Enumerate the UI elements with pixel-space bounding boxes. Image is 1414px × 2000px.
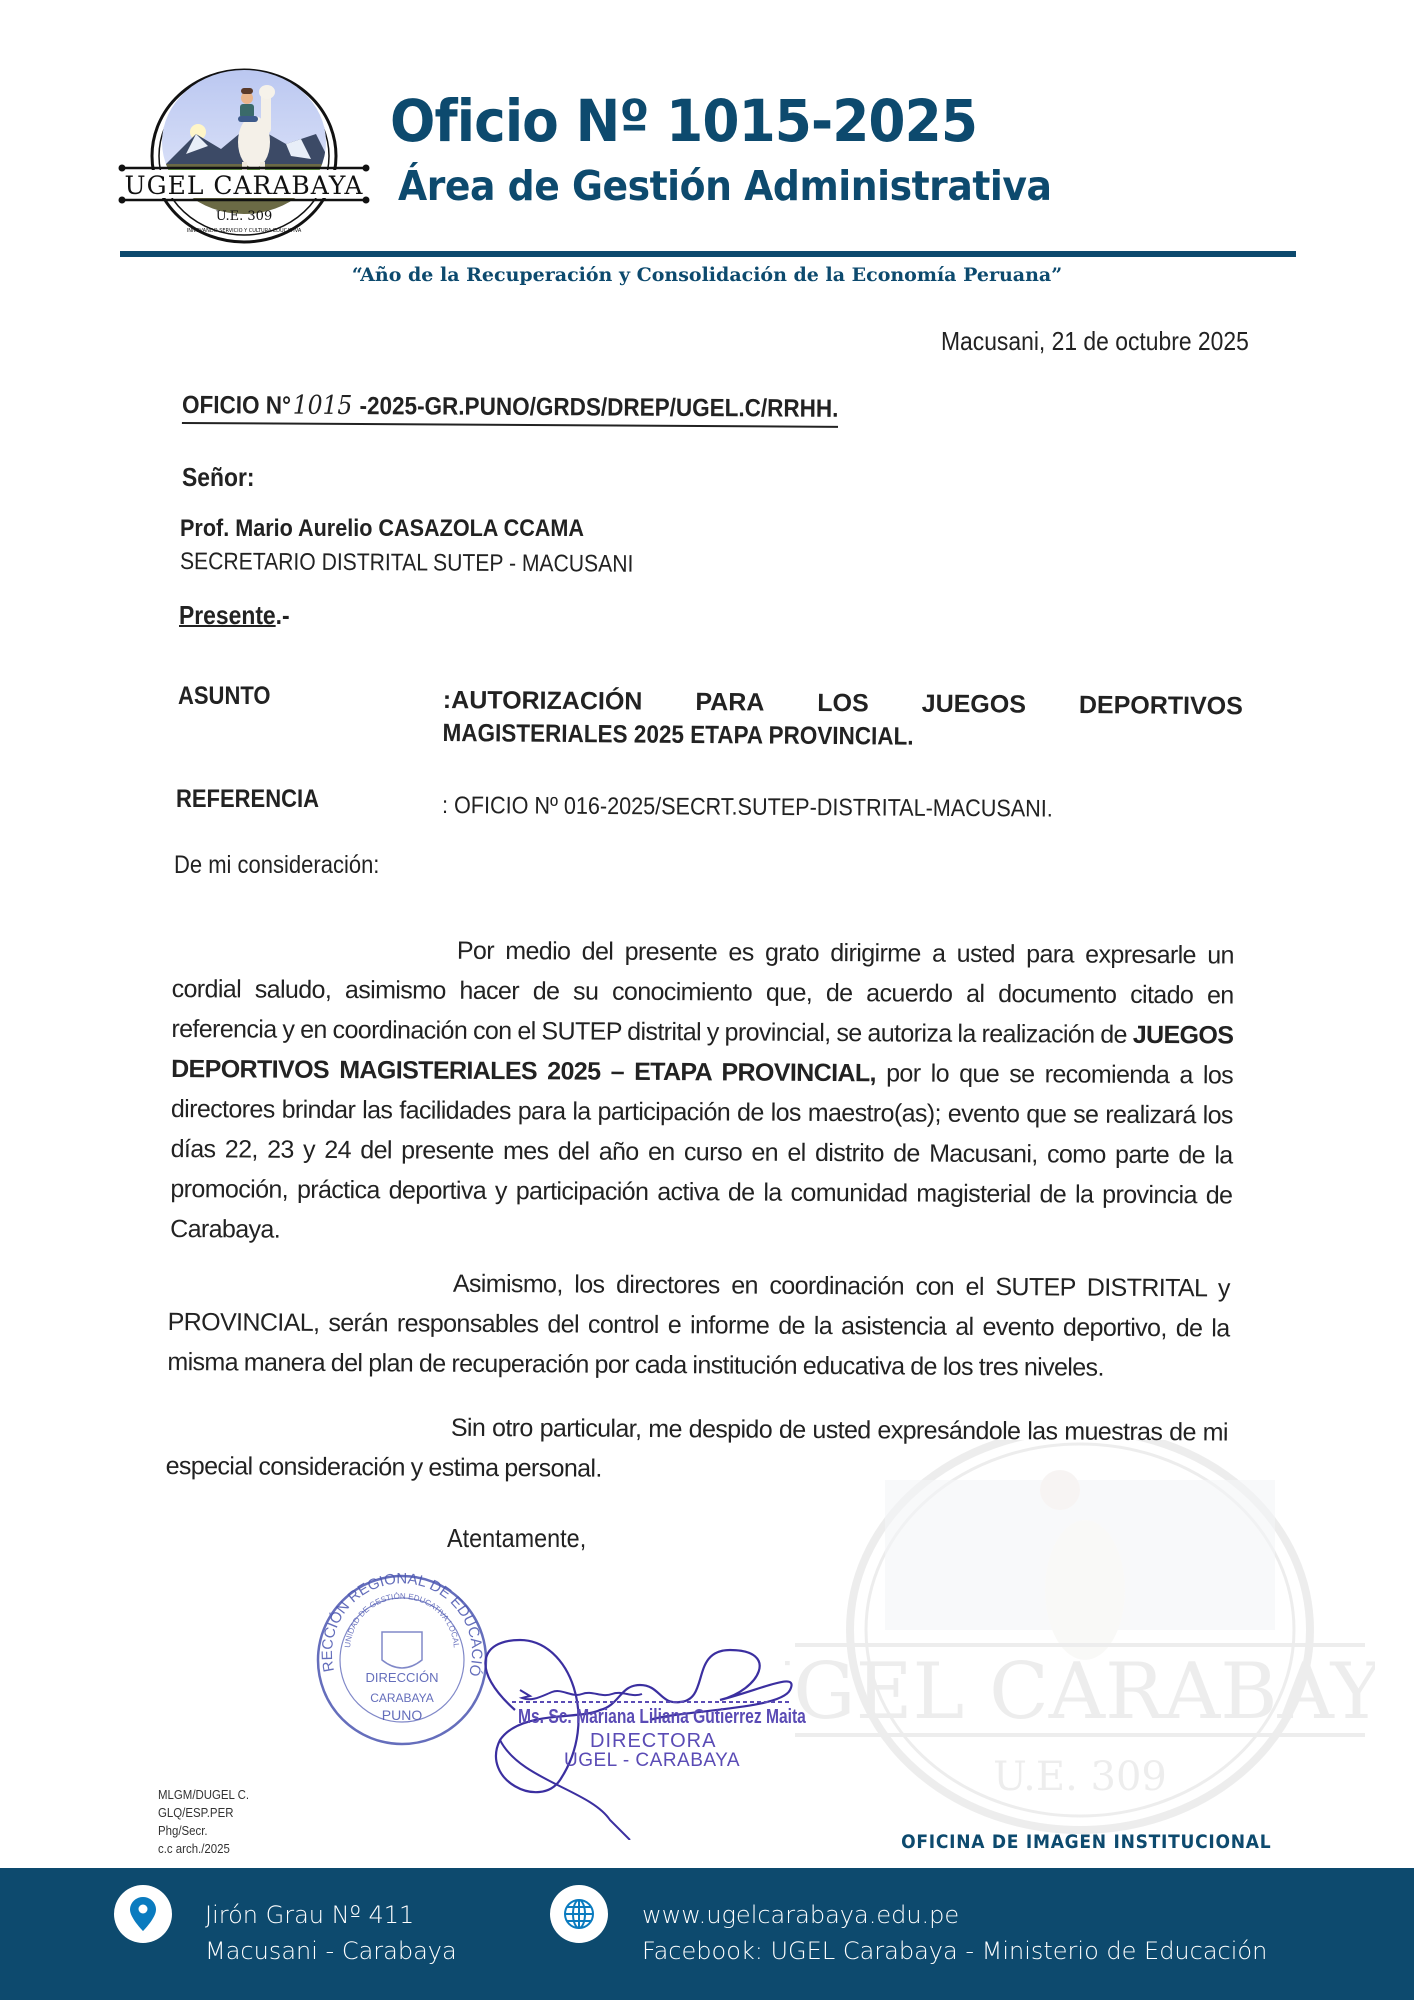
- body-paragraph-3: Sin otro particular, me despido de usted…: [166, 1406, 1228, 1492]
- oficio-prefix: OFICIO N°: [182, 391, 291, 420]
- globe-icon: [550, 1885, 608, 1943]
- asunto-line-2: MAGISTERIALES 2025 ETAPA PROVINCIAL.: [442, 717, 1162, 756]
- signatory-org: UGEL - CARABAYA: [564, 1750, 740, 1772]
- asunto-word: DEPORTIVOS: [1079, 689, 1243, 723]
- asunto-word: JUEGOS: [922, 688, 1026, 722]
- body-paragraph-1: Por medio del presente es grato dirigirm…: [170, 929, 1234, 1255]
- presente-label: Presente.-: [179, 600, 290, 631]
- recipient-name: Prof. Mario Aurelio CASAZOLA CCAMA: [180, 515, 584, 543]
- oficio-reference-number: OFICIO N°1015-2025-GR.PUNO/GRDS/DREP/UGE…: [182, 390, 839, 428]
- salutation: Señor:: [182, 462, 254, 493]
- asunto-label: ASUNTO: [178, 682, 270, 711]
- facebook-link[interactable]: Facebook: UGEL Carabaya - Ministerio de …: [642, 1933, 1267, 1969]
- asunto-word: :AUTORIZACIÓN: [443, 684, 643, 719]
- location-pin-icon: [114, 1885, 172, 1943]
- internal-references: MLGM/DUGEL C. GLQ/ESP.PER Phg/Secr. c.c …: [158, 1786, 249, 1858]
- oficio-handwritten-number: 1015: [293, 391, 353, 421]
- recipient-role: SECRETARIO DISTRITAL SUTEP - MACUSANI: [180, 548, 633, 579]
- scanned-letter: Macusani, 21 de octubre 2025 OFICIO N°10…: [0, 0, 1414, 2000]
- asunto-word: LOS: [817, 687, 869, 720]
- website-link[interactable]: www.ugelcarabaya.edu.pe: [642, 1897, 1267, 1933]
- referencia-label: REFERENCIA: [176, 785, 319, 814]
- letter-date: Macusani, 21 de octubre 2025: [941, 326, 1249, 357]
- footer-address: Jirón Grau Nº 411 Macusani - Carabaya: [205, 1897, 457, 1969]
- asunto-word: PARA: [695, 686, 764, 720]
- asunto-value: :AUTORIZACIÓNPARALOSJUEGOSDEPORTIVOS MAG…: [442, 684, 1242, 756]
- signatory-name: Ms. Sc. Mariana Liliana Gutierrez Maita: [518, 1706, 806, 1729]
- svg-text:DIRECCIÓN: DIRECCIÓN: [366, 1670, 439, 1685]
- svg-text:PUNO: PUNO: [382, 1707, 423, 1723]
- closing: Atentamente,: [447, 1523, 586, 1554]
- oficio-suffix: -2025-GR.PUNO/GRDS/DREP/UGEL.C/RRHH.: [359, 392, 838, 423]
- greeting: De mi consideración:: [174, 851, 379, 880]
- svg-text:CARABAYA: CARABAYA: [370, 1691, 434, 1705]
- office-tag: OFICINA DE IMAGEN INSTITUCIONAL: [901, 1831, 1271, 1853]
- footer-web-links: www.ugelcarabaya.edu.pe Facebook: UGEL C…: [642, 1897, 1267, 1969]
- referencia-value: : OFICIO Nº 016-2025/SECRT.SUTEP-DISTRIT…: [442, 792, 1053, 824]
- body-paragraph-2: Asimismo, los directores en coordinación…: [167, 1262, 1230, 1388]
